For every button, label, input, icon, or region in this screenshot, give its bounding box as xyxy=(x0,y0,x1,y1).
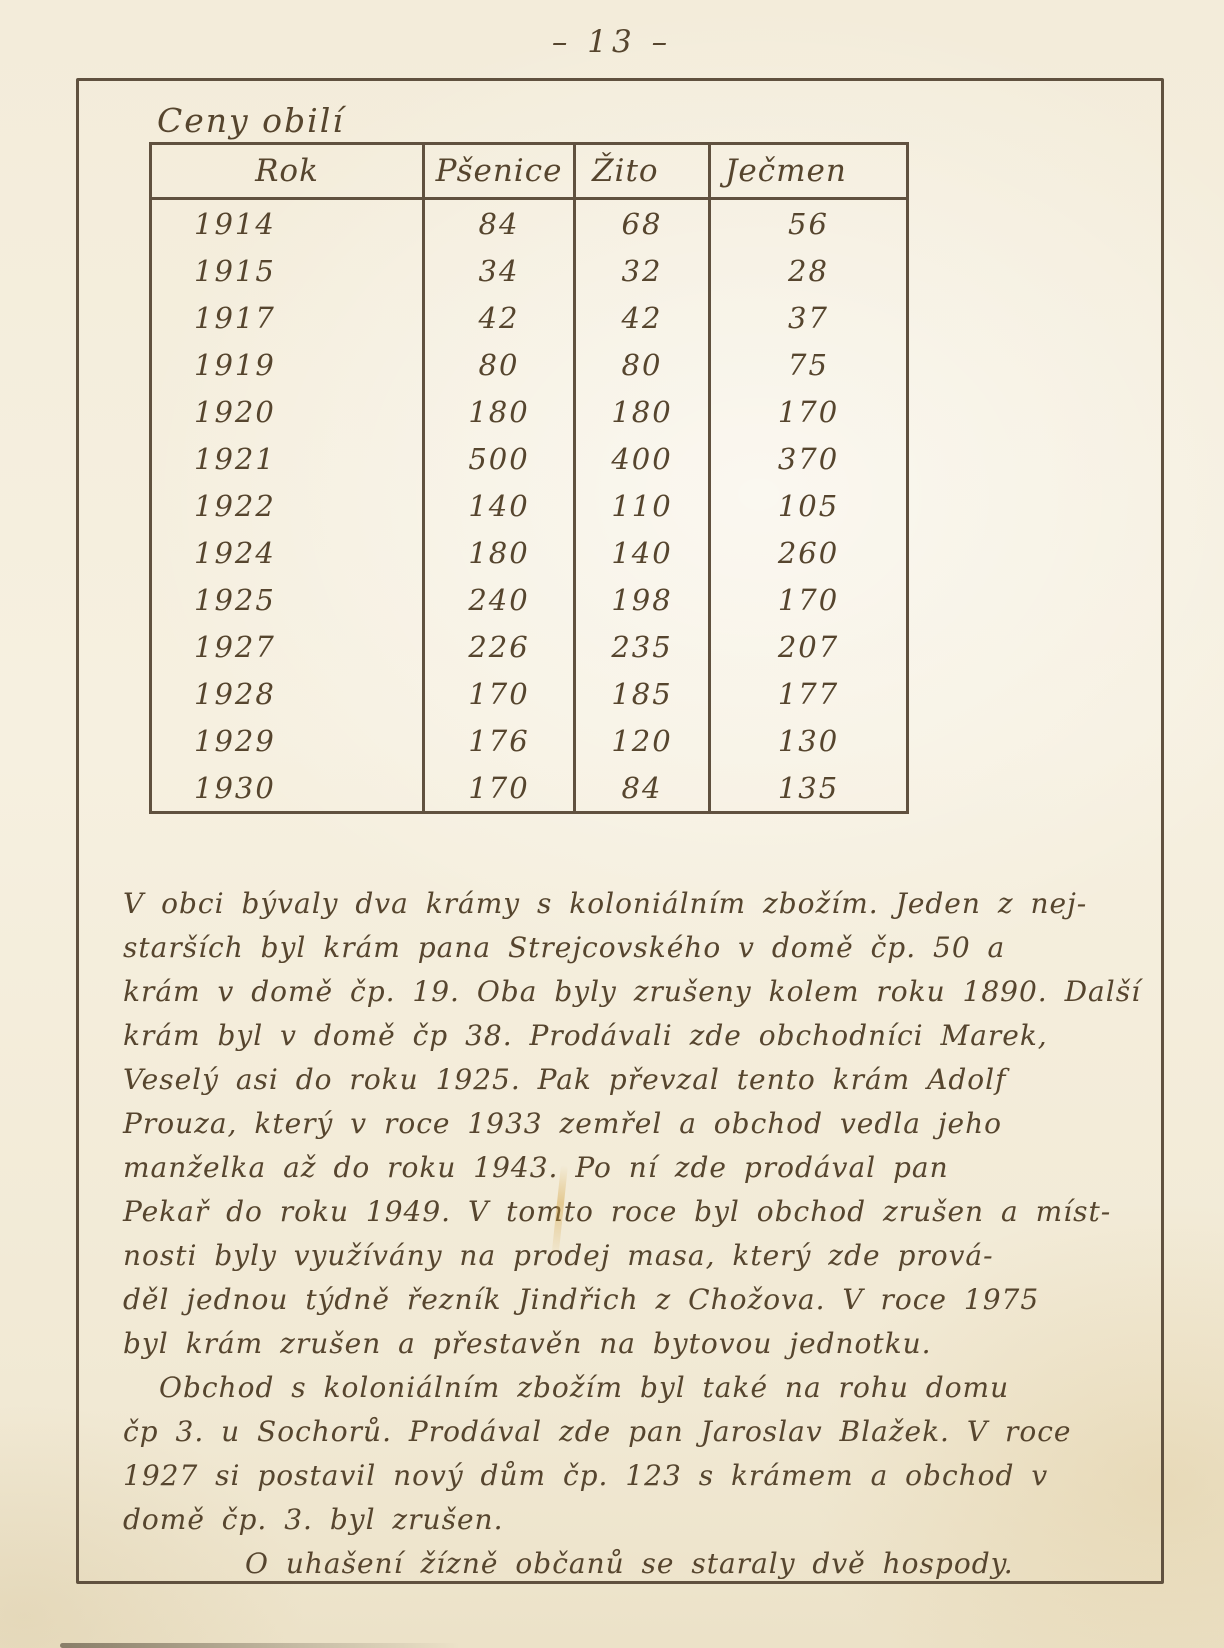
price-cell: 176 xyxy=(424,717,575,764)
price-cell: 400 xyxy=(575,435,710,482)
price-cell: 130 xyxy=(710,717,908,764)
grain-table-body: 1914846856191534322819174242371919808075… xyxy=(151,199,908,813)
year-cell: 1925 xyxy=(151,576,424,623)
price-cell: 120 xyxy=(575,717,710,764)
column-header-jecmen: Ječmen xyxy=(710,144,908,199)
price-cell: 180 xyxy=(424,529,575,576)
table-row: 1924180140260 xyxy=(151,529,908,576)
price-cell: 170 xyxy=(710,388,908,435)
price-cell: 240 xyxy=(424,576,575,623)
year-cell: 1920 xyxy=(151,388,424,435)
price-cell: 42 xyxy=(424,294,575,341)
table-row: 1921500400370 xyxy=(151,435,908,482)
table-row: 1914846856 xyxy=(151,199,908,248)
text-line: V obci bývaly dva krámy s koloniálním zb… xyxy=(123,882,1153,926)
price-cell: 177 xyxy=(710,670,908,717)
table-row: 1928170185177 xyxy=(151,670,908,717)
price-cell: 235 xyxy=(575,623,710,670)
table-row: 1915343228 xyxy=(151,247,908,294)
year-cell: 1921 xyxy=(151,435,424,482)
text-line: 1927 si postavil nový dům čp. 123 s krám… xyxy=(123,1454,1153,1498)
price-cell: 180 xyxy=(575,388,710,435)
price-cell: 198 xyxy=(575,576,710,623)
year-cell: 1915 xyxy=(151,247,424,294)
price-cell: 500 xyxy=(424,435,575,482)
price-cell: 140 xyxy=(424,482,575,529)
year-cell: 1929 xyxy=(151,717,424,764)
table-row: 1920180180170 xyxy=(151,388,908,435)
table-row: 1917424237 xyxy=(151,294,908,341)
price-cell: 80 xyxy=(575,341,710,388)
year-cell: 1914 xyxy=(151,199,424,248)
text-line: krám v domě čp. 19. Oba byly zrušeny kol… xyxy=(123,970,1153,1014)
price-cell: 170 xyxy=(424,670,575,717)
text-line: O uhašení žízně občanů se staraly dvě ho… xyxy=(123,1542,1153,1586)
table-row: 1922140110105 xyxy=(151,482,908,529)
price-cell: 370 xyxy=(710,435,908,482)
table-header-row: Rok Pšenice Žito Ječmen xyxy=(151,144,908,199)
price-cell: 170 xyxy=(424,764,575,813)
text-line: nosti byly využívány na prodej masa, kte… xyxy=(123,1234,1153,1278)
table-row: 193017084135 xyxy=(151,764,908,813)
price-cell: 34 xyxy=(424,247,575,294)
text-line: Veselý asi do roku 1925. Pak převzal ten… xyxy=(123,1058,1153,1102)
text-line: čp 3. u Sochorů. Prodával zde pan Jarosl… xyxy=(123,1410,1153,1454)
price-cell: 180 xyxy=(424,388,575,435)
column-header-psenice: Pšenice xyxy=(424,144,575,199)
price-cell: 84 xyxy=(424,199,575,248)
price-cell: 32 xyxy=(575,247,710,294)
price-cell: 84 xyxy=(575,764,710,813)
price-cell: 135 xyxy=(710,764,908,813)
text-line: Prouza, který v roce 1933 zemřel a obcho… xyxy=(123,1102,1153,1146)
year-cell: 1930 xyxy=(151,764,424,813)
price-cell: 207 xyxy=(710,623,908,670)
column-header-zito: Žito xyxy=(575,144,710,199)
year-cell: 1922 xyxy=(151,482,424,529)
price-cell: 140 xyxy=(575,529,710,576)
text-line: Pekař do roku 1949. V tomto roce byl obc… xyxy=(123,1190,1153,1234)
price-cell: 68 xyxy=(575,199,710,248)
table-row: 1927226235207 xyxy=(151,623,908,670)
price-cell: 56 xyxy=(710,199,908,248)
price-cell: 37 xyxy=(710,294,908,341)
price-cell: 42 xyxy=(575,294,710,341)
price-cell: 75 xyxy=(710,341,908,388)
year-cell: 1927 xyxy=(151,623,424,670)
price-cell: 260 xyxy=(710,529,908,576)
price-cell: 80 xyxy=(424,341,575,388)
text-line: děl jednou týdně řezník Jindřich z Chožo… xyxy=(123,1278,1153,1322)
text-line: Obchod s koloniálním zbožím byl také na … xyxy=(123,1366,1153,1410)
scan-edge-artifact xyxy=(60,1643,460,1648)
year-cell: 1917 xyxy=(151,294,424,341)
body-text: V obci bývaly dva krámy s koloniálním zb… xyxy=(123,882,1153,1586)
year-cell: 1919 xyxy=(151,341,424,388)
grain-prices-table: Rok Pšenice Žito Ječmen 1914846856191534… xyxy=(149,142,909,814)
table-row: 1919808075 xyxy=(151,341,908,388)
page-number: – 13 – xyxy=(0,24,1224,60)
page-border-frame: Ceny obilí Rok Pšenice Žito Ječmen 19148… xyxy=(76,78,1164,1584)
table-row: 1929176120130 xyxy=(151,717,908,764)
year-cell: 1928 xyxy=(151,670,424,717)
text-line: krám byl v domě čp 38. Prodávali zde obc… xyxy=(123,1014,1153,1058)
table-row: 1925240198170 xyxy=(151,576,908,623)
price-cell: 226 xyxy=(424,623,575,670)
year-cell: 1924 xyxy=(151,529,424,576)
table-title: Ceny obilí xyxy=(157,101,345,140)
price-cell: 105 xyxy=(710,482,908,529)
column-header-rok: Rok xyxy=(151,144,424,199)
text-line: byl krám zrušen a přestavěn na bytovou j… xyxy=(123,1322,1153,1366)
price-cell: 28 xyxy=(710,247,908,294)
text-line: manželka až do roku 1943. Po ní zde prod… xyxy=(123,1146,1153,1190)
price-cell: 185 xyxy=(575,670,710,717)
price-cell: 110 xyxy=(575,482,710,529)
text-line: starších byl krám pana Strejcovského v d… xyxy=(123,926,1153,970)
chronicle-page: – 13 – Ceny obilí Rok Pšenice Žito Ječme… xyxy=(0,0,1224,1648)
price-cell: 170 xyxy=(710,576,908,623)
text-line: domě čp. 3. byl zrušen. xyxy=(123,1498,1153,1542)
